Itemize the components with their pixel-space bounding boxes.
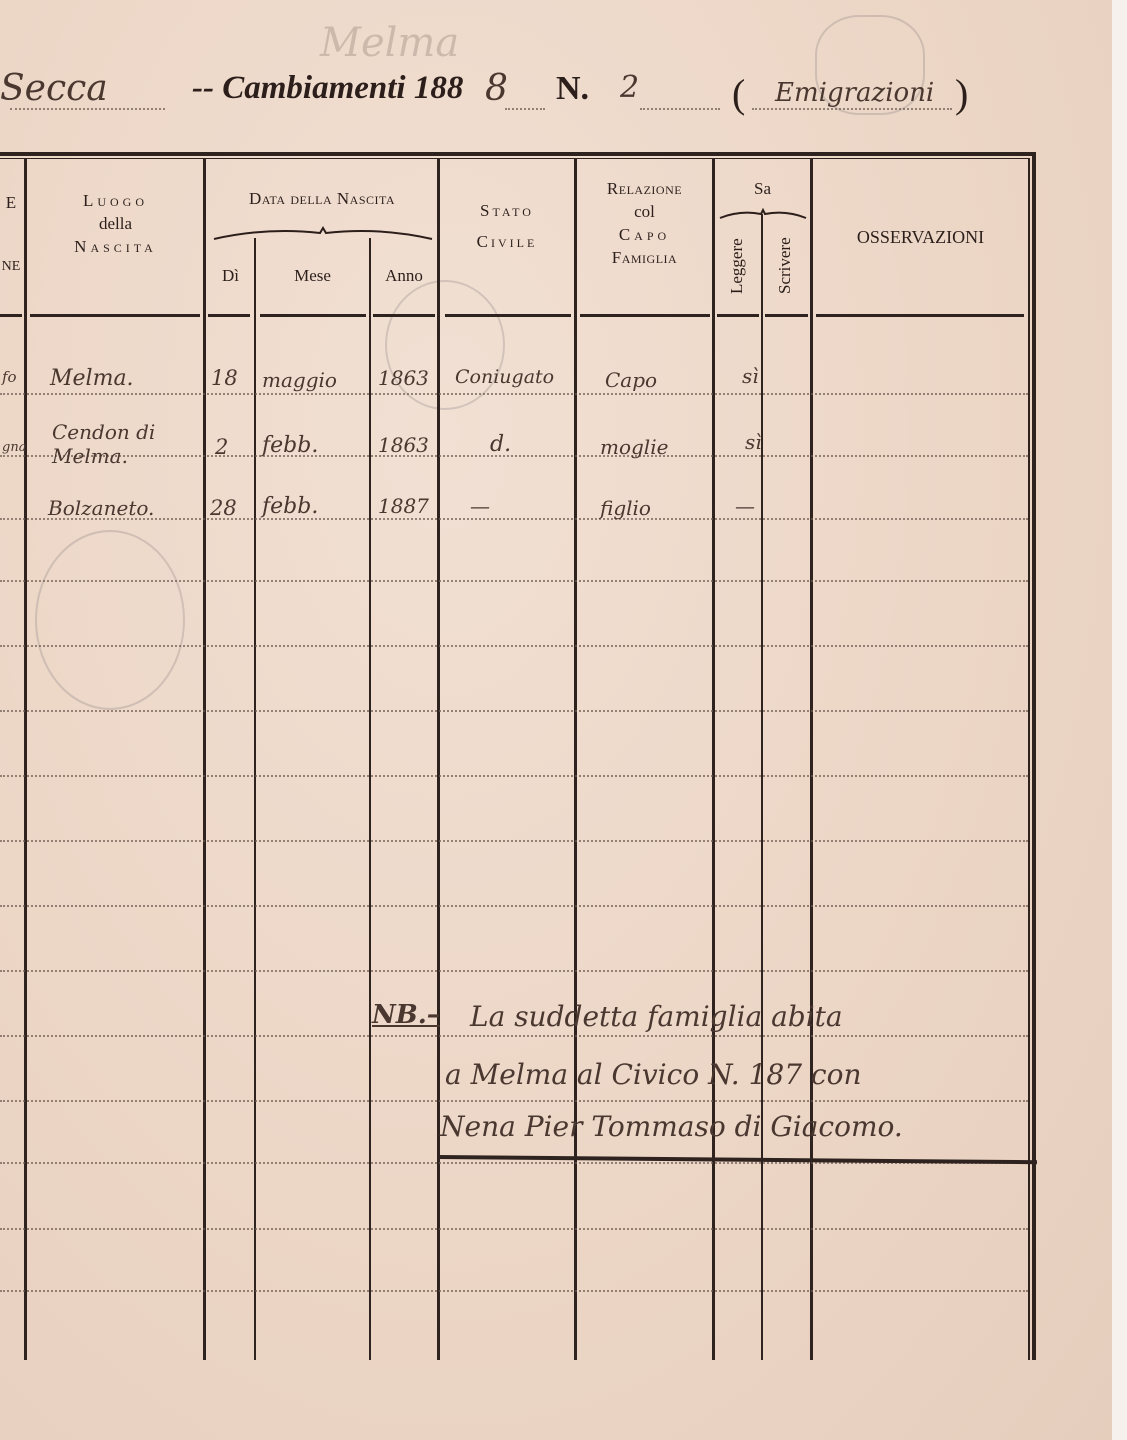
title-dotline-1 <box>10 108 165 110</box>
row1-relazione: Capo <box>605 368 657 392</box>
header-relazione: Relazione col Capo Famiglia <box>577 178 712 270</box>
col-rule-3 <box>254 238 256 1360</box>
row2-mese: febb. <box>262 433 318 458</box>
row3-leggere: — <box>735 494 755 518</box>
table-top-border-inner <box>0 158 1028 159</box>
row2-left-fragment: gna <box>2 440 26 455</box>
col-rule-right-outer <box>1032 152 1036 1360</box>
header-scrivere: Scrivere <box>775 222 795 310</box>
row-line <box>0 1035 1028 1037</box>
title-dotline-2 <box>505 108 545 110</box>
note-line-2: a Melma al Civico N. 187 con <box>445 1058 862 1091</box>
row1-leggere: sì <box>742 364 759 388</box>
header-bottom-rule <box>816 314 1024 317</box>
row-line <box>0 970 1028 972</box>
row2-di: 2 <box>215 435 228 459</box>
row-line <box>0 580 1028 582</box>
row-line <box>0 1228 1028 1230</box>
row-line <box>0 393 1028 395</box>
header-bottom-rule <box>445 314 571 317</box>
header-bottom-rule <box>260 314 366 317</box>
header-bottom-rule <box>765 314 808 317</box>
row3-anno: 1887 <box>378 494 429 518</box>
header-anno: Anno <box>371 265 437 288</box>
row-line <box>0 840 1028 842</box>
row-line <box>0 905 1028 907</box>
note-line-3: Nena Pier Tommaso di Giacomo. <box>440 1110 903 1143</box>
row1-anno: 1863 <box>378 366 429 390</box>
row-line <box>0 710 1028 712</box>
row2-luogo: Cendon di Melma. <box>52 420 202 468</box>
place-name-fragment: Secca <box>0 68 108 109</box>
col-rule-2 <box>203 158 206 1360</box>
note-prefix: NB.– <box>372 1000 440 1030</box>
row2-anno: 1863 <box>378 433 429 457</box>
col-rule-6 <box>574 158 577 1360</box>
category-value: Emigrazioni <box>775 78 934 108</box>
header-sa: Sa <box>715 178 810 201</box>
brace-sa <box>718 208 808 220</box>
row2-relazione: moglie <box>600 435 668 459</box>
header-stato-civile: Stato Civile <box>440 200 574 254</box>
header-bottom-rule <box>30 314 200 317</box>
row-line <box>0 1100 1028 1102</box>
col-rule-7 <box>712 158 715 1360</box>
number-value: 2 <box>620 70 639 105</box>
row3-di: 28 <box>210 496 237 520</box>
printed-title: -- Cambiamenti 188 <box>192 70 463 107</box>
header-bottom-rule <box>373 314 435 317</box>
header-bottom-rule <box>580 314 710 317</box>
bleedthrough-text: Melma <box>320 20 459 66</box>
header-mese: Mese <box>256 265 369 288</box>
brace-data-nascita <box>212 225 434 241</box>
row3-stato: — <box>470 494 490 518</box>
col-rule-4 <box>369 238 371 1360</box>
header-bottom-rule <box>0 314 22 317</box>
col-rule-9 <box>810 158 813 1360</box>
table-top-border <box>0 152 1033 156</box>
header-partial-left: E <box>0 192 22 215</box>
scan-edge <box>1112 0 1127 1440</box>
header-osservazioni: OSSERVAZIONI <box>813 225 1028 249</box>
postal-stamp-left <box>35 530 185 710</box>
number-label: N. <box>556 70 589 108</box>
row3-relazione: figlio <box>600 496 651 520</box>
row3-luogo: Bolzaneto. <box>48 496 154 520</box>
note-line-1: La suddetta famiglia abita <box>470 1000 843 1033</box>
header-bottom-rule <box>208 314 250 317</box>
header-partial-left-2: NE <box>0 258 22 277</box>
col-rule-right-inner <box>1028 158 1030 1360</box>
row1-mese: maggio <box>262 368 337 392</box>
title-dotline-4 <box>752 108 952 110</box>
row-line <box>0 1290 1028 1292</box>
row1-stato: Coniugato <box>455 366 554 388</box>
paren-close: ) <box>955 70 968 117</box>
header-bottom-rule <box>717 314 759 317</box>
header-leggere: Leggere <box>727 222 747 310</box>
col-rule-5 <box>437 158 440 1360</box>
row-line <box>0 775 1028 777</box>
row1-di: 18 <box>211 366 238 390</box>
year-digit: 8 <box>485 68 508 109</box>
header-di: Dì <box>207 265 254 288</box>
header-data-nascita: Data della Nascita <box>207 188 437 211</box>
row-line <box>0 645 1028 647</box>
row2-stato: d. <box>490 432 511 457</box>
col-rule-1 <box>24 158 27 1360</box>
paren-open: ( <box>732 70 745 117</box>
postal-stamp-middle <box>385 280 505 410</box>
title-dotline-3 <box>640 108 720 110</box>
row1-luogo: Melma. <box>50 366 134 391</box>
header-luogo-nascita: Luogo della Nascita <box>28 190 203 259</box>
col-rule-8 <box>761 214 763 1360</box>
row2-leggere: sì <box>745 430 762 454</box>
row1-left-fragment: fo <box>2 368 17 386</box>
row3-mese: febb. <box>262 494 318 519</box>
